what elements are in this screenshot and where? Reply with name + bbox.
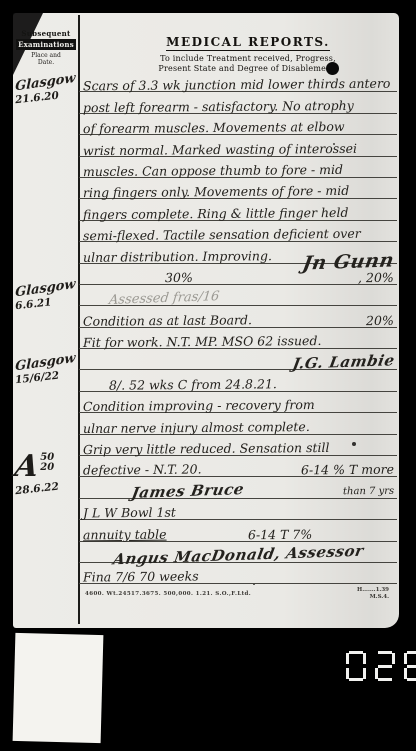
form-title: MEDICAL REPORTS. [166,35,330,51]
examination-place-date: Glasgow6.6.21 [15,281,77,309]
report-line: post left forearm - satisfactory. No atr… [79,92,397,113]
examination-place-date: A502028.6.22 [15,453,77,494]
handwritten-text: ring fingers only. Movements of fore - m… [83,184,349,199]
handwritten-text: 20% [366,314,394,327]
handwritten-letter: A [13,453,40,481]
handwritten-text: muscles. Can oppose thumb to fore - mid [83,163,343,178]
handwritten-text: than 7 yrs [343,485,394,498]
report-line: 8/. 52 wks C from 24.8.21. [79,370,397,391]
signature: Jn Gunn [302,254,396,270]
report-line: ring fingers only. Movements of fore - m… [79,178,397,199]
print-code-left: 4600. Wt.24517.3675. 500,000. 1.21. S.O.… [85,591,251,597]
handwritten-text: fingers complete. Ring & little finger h… [83,206,349,221]
report-line: fingers complete. Ring & little finger h… [79,199,397,220]
handwritten-text: , 20% [358,271,394,284]
handwritten-fraction: 5020 [40,453,54,473]
handwritten-text: ulnar distribution. Improving. [83,249,272,264]
report-line: ulnar nerve injury almost complete. [79,413,397,434]
counter-digit [346,651,366,681]
signature: J.G. Lambie [291,355,395,372]
report-line: J L W Bowl 1st [79,499,397,520]
handwritten-text: post left forearm - satisfactory. No atr… [83,99,354,114]
report-line: semi-flexed. Tactile sensation deficient… [79,221,397,242]
col-header-line1: Subsequent [16,29,76,38]
left-column-header: Subsequent Examinations Place and Date. [16,29,76,66]
handwritten-text: Scars of 3.3 wk junction mid lower third… [83,77,391,93]
signature: James Bruce [131,483,246,500]
handwritten-text: semi-flexed. Tactile sensation deficient… [83,227,361,242]
report-line: Assessed fras/16 [79,285,397,306]
report-line: muscles. Can oppose thumb to fore - mid [79,157,397,178]
report-line: J.G. Lambie [79,349,397,370]
examination-place-date: Glasgow15/6/22 [15,355,77,383]
scanned-document-page: Subsequent Examinations Place and Date. … [13,13,399,628]
col-header-line2: Examinations [16,39,76,50]
handwritten-text: 6-14 T 7% [248,527,312,541]
col-header-subtitle: Place and Date. [16,52,76,66]
handwritten-text: Assessed fras/16 [108,290,220,307]
print-code-right-line2: M.S.4. [357,594,389,601]
report-line: defective - N.T. 20.6-14 % T more [79,456,397,477]
report-line: Fina 7/6 70 weeks [79,563,397,584]
handwritten-text: wrist normal. Marked wasting of inteross… [83,141,357,156]
report-line: Scars of 3.3 wk junction mid lower third… [79,71,397,92]
examination-place-date: Glasgow21.6.20 [15,75,77,103]
handwritten-text: 8/. 52 wks C from 24.8.21. [109,377,277,391]
handwritten-text: 30% [165,271,193,284]
handwritten-text: 6-14 % T more [301,463,394,477]
handwritten-text: Condition improving - recovery from [83,398,315,413]
handwritten-text: Condition as at last Board. [83,313,252,327]
counter-digit [404,651,416,681]
handwritten-text: defective - N.T. 20. [83,463,202,477]
report-line: of forearm muscles. Movements at elbow [79,114,397,135]
counter-digit [375,651,395,681]
report-line: annuity table6-14 T 7% [79,520,397,541]
frame-counter [346,651,416,681]
print-code-right: H.......1.39 M.S.4. [357,587,389,600]
report-line: James Brucethan 7 yrs [79,477,397,498]
handwritten-text: Grip very little reduced. Sensation stil… [83,441,330,456]
white-card [13,633,104,743]
report-line: wrist normal. Marked wasting of inteross… [79,135,397,156]
report-line: Condition improving - recovery from [79,392,397,413]
print-code-right-line1: H.......1.39 [357,587,389,594]
handwritten-text: of forearm muscles. Movements at elbow [83,120,345,135]
handwritten-text: Fina 7/6 70 weeks [83,570,199,584]
handwritten-text: ulnar nerve injury almost complete. [83,420,310,435]
report-line: Fit for work. N.T. MP. MSO 62 issued. [79,328,397,349]
report-lines: Scars of 3.3 wk junction mid lower third… [79,71,397,584]
handwritten-text: J L W Bowl 1st [83,506,176,520]
report-line: Angus MacDonald, Assessor [79,542,397,563]
handwritten-text: Fit for work. N.T. MP. MSO 62 issued. [83,334,321,349]
report-line: Grip very little reduced. Sensation stil… [79,435,397,456]
report-line: ulnar distribution. Improving.Jn Gunn [79,242,397,263]
handwritten-text: annuity table [83,527,167,541]
report-line: Condition as at last Board.20% [79,306,397,327]
